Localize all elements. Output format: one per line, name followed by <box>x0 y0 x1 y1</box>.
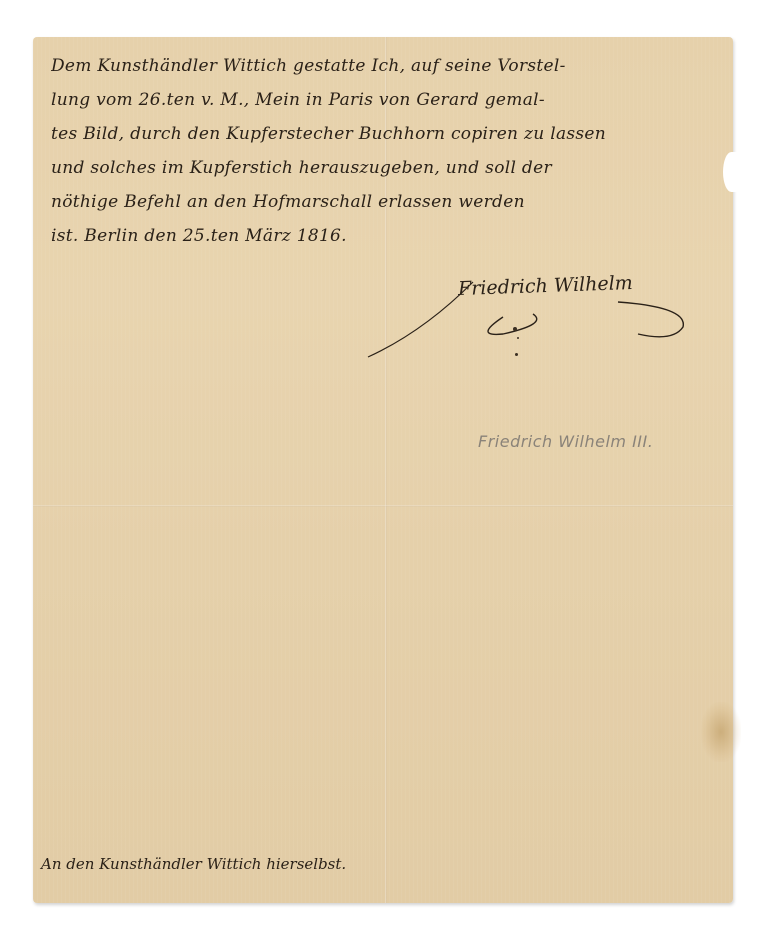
letter-line: lung vom 26.ten v. M., Mein in Paris von… <box>51 83 721 117</box>
pin-holes <box>511 325 531 365</box>
torn-edge-notch <box>723 152 737 192</box>
letter-line: tes Bild, durch den Kupferstecher Buchho… <box>51 117 721 151</box>
letter-sheet: Dem Kunsthändler Wittich gestatte Ich, a… <box>33 37 733 903</box>
horizontal-fold-line <box>33 505 733 507</box>
letter-line: nöthige Befehl an den Hofmarschall erlas… <box>51 185 721 219</box>
foxing-stain <box>701 702 741 762</box>
letter-line: und solches im Kupferstich herauszugeben… <box>51 151 721 185</box>
address-line: An den Kunsthändler Wittich hierselbst. <box>41 855 346 873</box>
letter-body: Dem Kunsthändler Wittich gestatte Ich, a… <box>51 49 721 253</box>
pencil-annotation: Friedrich Wilhelm III. <box>478 432 653 451</box>
letter-line: Dem Kunsthändler Wittich gestatte Ich, a… <box>51 49 721 83</box>
letter-line: ist. Berlin den 25.ten März 1816. <box>51 219 721 253</box>
